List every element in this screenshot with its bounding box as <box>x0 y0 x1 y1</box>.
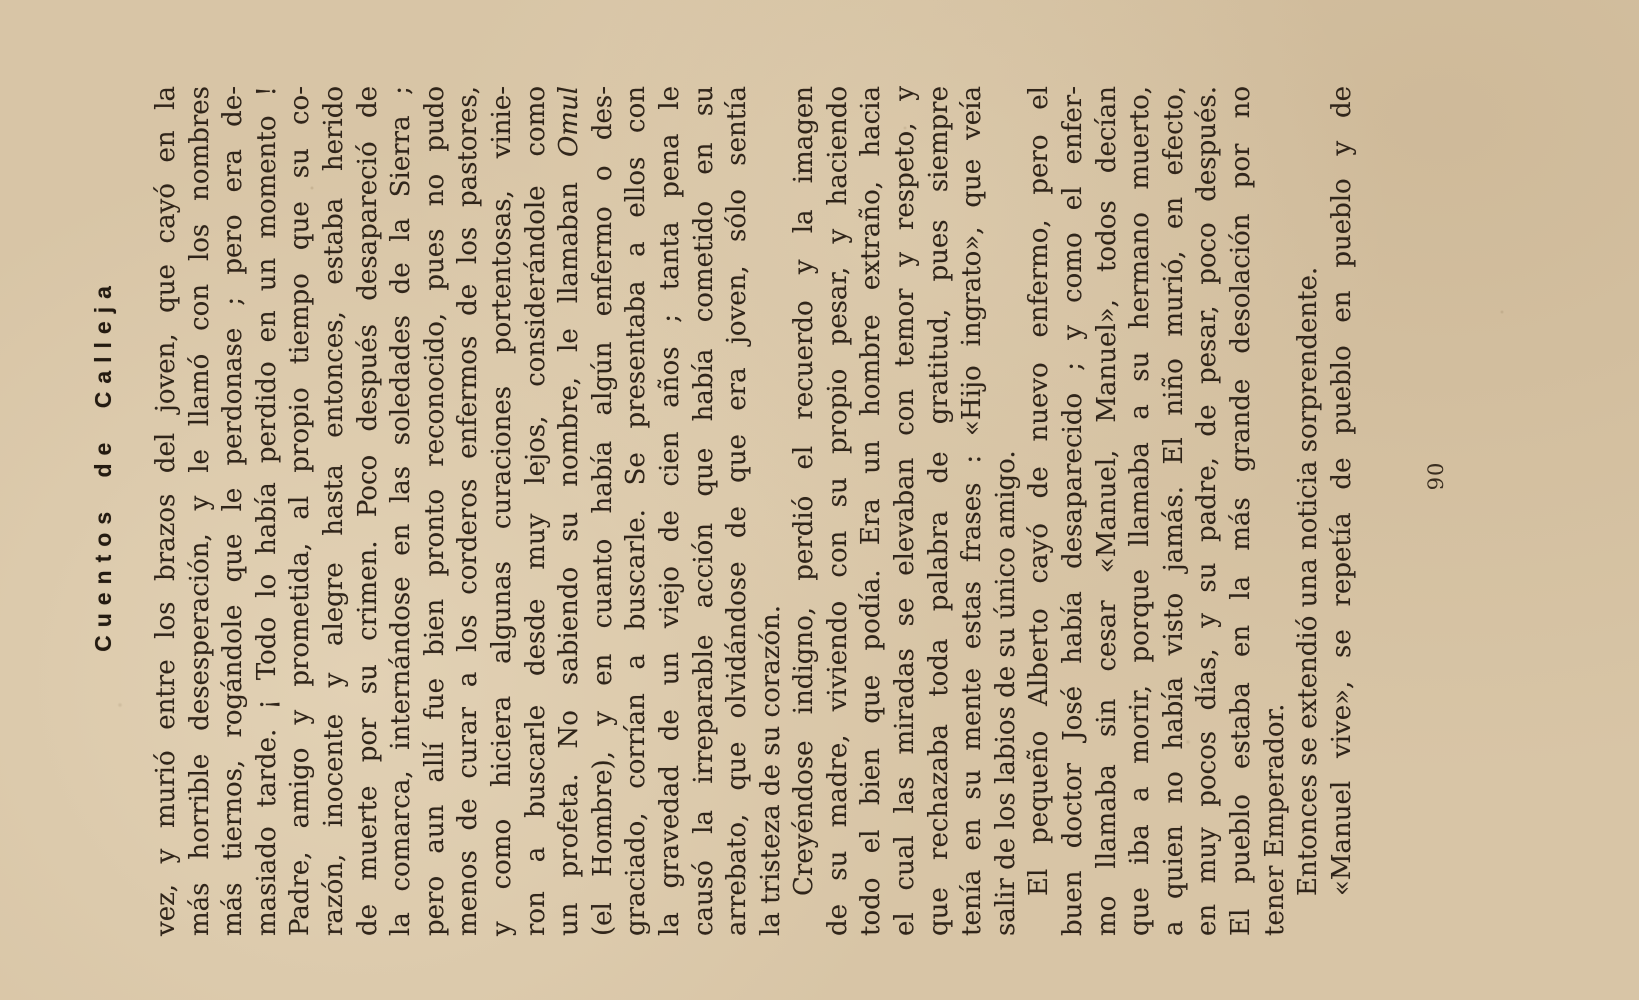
text-line: que rechazaba toda palabra de gratitud, … <box>923 86 957 936</box>
text-line: masiado tarde. ¡ Todo lo había perdido e… <box>251 86 285 936</box>
text-line: menos de curar a los corderos enfermos d… <box>452 86 486 936</box>
text-line: buen doctor José había desaparecido ; y … <box>1057 86 1091 936</box>
text-line-content: y como hiciera algunas curaciones porten… <box>487 86 517 936</box>
text-line: Creyéndose indigno, perdió el recuerdo y… <box>788 86 822 936</box>
text-line-content: buen doctor José había desaparecido ; y … <box>1058 86 1088 936</box>
text-line-content: que iba a morir, porque llamaba a su her… <box>1125 86 1155 936</box>
text-line: que iba a morir, porque llamaba a su her… <box>1124 86 1158 936</box>
italic-word: Omul <box>554 86 584 157</box>
text-line: más horrible desesperación, y le llamó c… <box>184 86 218 936</box>
text-line-content: arrebato, que olvidándose de que era jov… <box>722 86 752 936</box>
text-line-content: todo el bien que podía. Era un hombre ex… <box>856 86 886 936</box>
text-line-content: «Manuel vive», se repetía de pueblo en p… <box>1327 86 1357 896</box>
text-line-content: pero aun allí fue bien pronto reconocido… <box>420 86 450 936</box>
text-line-content: razón, inocente y alegre hasta entonces,… <box>319 86 349 936</box>
text-line-content: un profeta. No sabiendo su nombre, le ll… <box>554 157 584 936</box>
text-line: todo el bien que podía. Era un hombre ex… <box>855 86 889 936</box>
body-text: vez, y murió entre los brazos del joven,… <box>150 86 1359 936</box>
text-line: tener Emperador. <box>1259 86 1293 936</box>
text-line: la gravedad de un viejo de cien años ; t… <box>654 86 688 936</box>
text-line-content: que rechazaba toda palabra de gratitud, … <box>924 86 954 936</box>
text-line: en muy pocos días, y su padre, de pesar,… <box>1191 86 1225 936</box>
text-line: salir de los labios de su único amigo. <box>990 86 1024 936</box>
text-line: el cual las miradas se elevaban con temo… <box>889 86 923 936</box>
text-line-content: El pueblo estaba en la más grande desola… <box>1226 86 1256 936</box>
text-line-content: El pequeño Alberto cayó de nuevo enfermo… <box>1024 86 1054 896</box>
text-line: de su madre, viviendo con su propio pesa… <box>822 86 856 936</box>
text-line-content: la gravedad de un viejo de cien años ; t… <box>655 86 685 936</box>
text-line-content: menos de curar a los corderos enfermos d… <box>453 86 483 936</box>
text-line: la tristeza de su corazón. <box>755 86 789 936</box>
text-line-content: tener Emperador. <box>1260 704 1290 936</box>
text-line-content: a quien no había visto jamás. El niño mu… <box>1159 86 1189 936</box>
text-line-content: salir de los labios de su único amigo. <box>991 450 1021 936</box>
scanned-page-viewport: Cuentos de Calleja vez, y murió entre lo… <box>0 0 1639 1000</box>
text-line-content: más tiernos, rogándole que le perdonase … <box>218 86 248 936</box>
text-line-content: tenía en su mente estas frases : «Hijo i… <box>957 86 987 936</box>
text-line-content: Padre, amigo y prometida, al propio tiem… <box>285 86 315 936</box>
text-line: y como hiciera algunas curaciones porten… <box>486 86 520 936</box>
text-line-content: (el Hombre), y en cuanto había algún enf… <box>588 86 618 936</box>
text-line: mo llamaba sin cesar «Manuel, Manuel», t… <box>1091 86 1125 936</box>
text-line: Padre, amigo y prometida, al propio tiem… <box>284 86 318 936</box>
text-line-content: Creyéndose indigno, perdió el recuerdo y… <box>789 86 819 896</box>
text-line-content: vez, y murió entre los brazos del joven,… <box>151 86 181 936</box>
text-line: arrebato, que olvidándose de que era jov… <box>721 86 755 936</box>
book-page: Cuentos de Calleja vez, y murió entre lo… <box>0 0 1639 1000</box>
text-line-content: masiado tarde. ¡ Todo lo había perdido e… <box>252 86 282 936</box>
text-line: la comarca, internándose en las soledade… <box>385 86 419 936</box>
text-line-content: más horrible desesperación, y le llamó c… <box>185 86 215 936</box>
text-line: causó la irreparable acción que había co… <box>688 86 722 936</box>
text-line: un profeta. No sabiendo su nombre, le ll… <box>553 86 587 936</box>
text-line-content: de su madre, viviendo con su propio pesa… <box>823 86 853 936</box>
text-line-content: en muy pocos días, y su padre, de pesar,… <box>1192 86 1222 936</box>
text-line: tenía en su mente estas frases : «Hijo i… <box>956 86 990 936</box>
text-line-content: graciado, corrían a buscarle. Se present… <box>621 86 651 936</box>
page-number: 90 <box>1424 16 1448 936</box>
text-line: «Manuel vive», se repetía de pueblo en p… <box>1326 86 1360 936</box>
text-line: ron a buscarle desde muy lejos, consider… <box>520 86 554 936</box>
text-line-content: mo llamaba sin cesar «Manuel, Manuel», t… <box>1092 86 1122 936</box>
text-line: más tiernos, rogándole que le perdonase … <box>217 86 251 936</box>
text-line: El pequeño Alberto cayó de nuevo enfermo… <box>1023 86 1057 936</box>
text-line: de muerte por su crimen. Poco después de… <box>352 86 386 936</box>
text-line: (el Hombre), y en cuanto había algún enf… <box>587 86 621 936</box>
text-line: pero aun allí fue bien pronto reconocido… <box>419 86 453 936</box>
text-line: razón, inocente y alegre hasta entonces,… <box>318 86 352 936</box>
text-line: El pueblo estaba en la más grande desola… <box>1225 86 1259 936</box>
text-line: a quien no había visto jamás. El niño mu… <box>1158 86 1192 936</box>
text-line: graciado, corrían a buscarle. Se present… <box>620 86 654 936</box>
text-line-content: Entonces se extendió una noticia sorpren… <box>1293 267 1323 896</box>
text-line-content: ron a buscarle desde muy lejos, consider… <box>521 86 551 936</box>
running-header: Cuentos de Calleja <box>90 0 117 930</box>
text-line-content: la comarca, internándose en las soledade… <box>386 86 416 936</box>
text-line-content: causó la irreparable acción que había co… <box>689 86 719 936</box>
text-line-content: de muerte por su crimen. Poco después de… <box>353 86 383 936</box>
text-line: vez, y murió entre los brazos del joven,… <box>150 86 184 936</box>
text-line: Entonces se extendió una noticia sorpren… <box>1292 86 1326 936</box>
text-line-content: la tristeza de su corazón. <box>756 605 786 936</box>
text-line-content: el cual las miradas se elevaban con temo… <box>890 86 920 936</box>
